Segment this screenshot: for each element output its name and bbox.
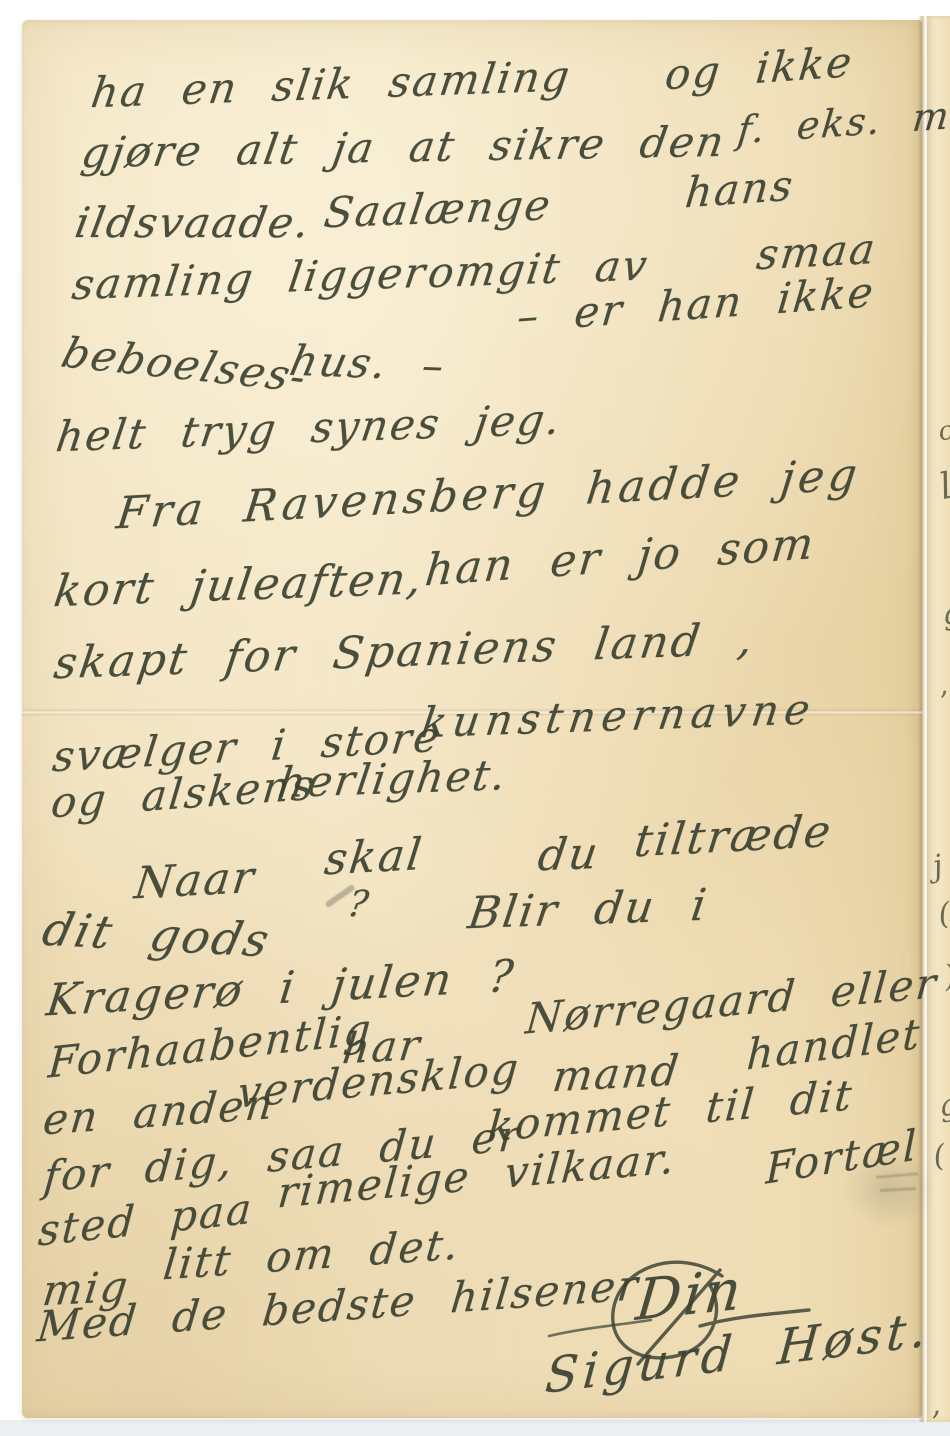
handwriting-fragment: Blir du i (465, 880, 712, 940)
handwriting-fragment: ildsvaade. (71, 198, 315, 247)
signature-din: Din (633, 1257, 747, 1334)
handwriting-fragment: tiltræde (632, 806, 836, 868)
handwriting-fragment: hus. – (286, 336, 451, 390)
letter-scan: ha en slik samling og ikke gjøre alt ja … (0, 0, 950, 1436)
second-page-edge (927, 16, 950, 1422)
handwriting-fragment: du (535, 828, 603, 881)
handwriting-fragment: hans (683, 160, 797, 217)
handwriting-fragment: skal (322, 829, 427, 886)
handwriting-fragment: Naar (132, 852, 259, 910)
handwriting-fragment: herlighet. (275, 750, 511, 807)
handwriting-fragment: Saalænge (321, 180, 555, 237)
scan-bottom-strip (0, 1420, 950, 1436)
